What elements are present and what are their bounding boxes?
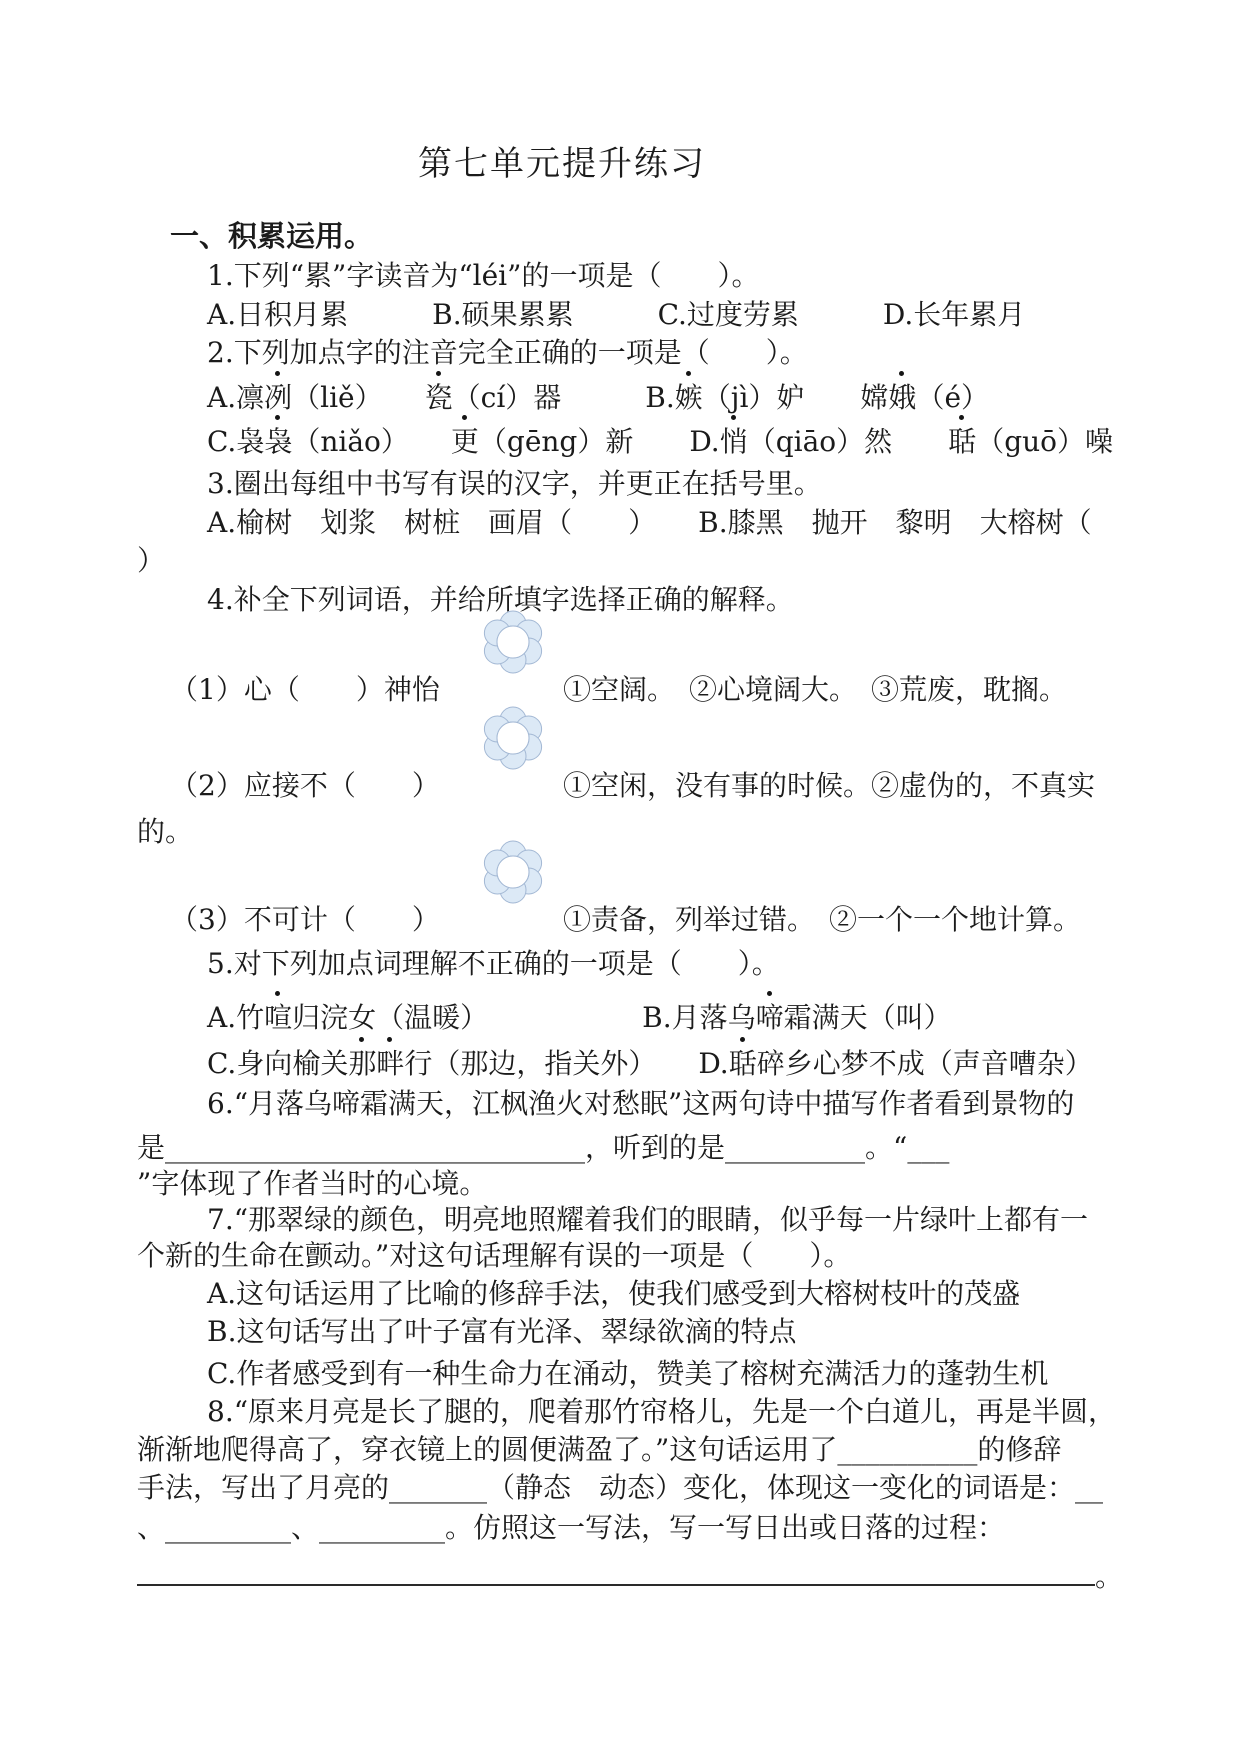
question-7: 7.“那翠绿的颜色，明亮地照耀着我们的眼睛，似乎每一片绿叶上都有一	[207, 1202, 1088, 1238]
question-7-continuation: 个新的生命在颤动。”对这句话理解有误的一项是（ ）。	[137, 1238, 851, 1274]
question-7-option-a: A.这句话运用了比喻的修辞手法，使我们感受到大榕树枝叶的茂盛	[207, 1276, 1020, 1312]
emphasis-dot-char: 瓷	[425, 380, 453, 416]
flower-center	[497, 856, 529, 888]
text-run: 霜满天（叫）	[784, 1001, 952, 1034]
question-7-option-b: B.这句话写出了叶子富有光泽、翠绿欲滴的特点	[207, 1314, 796, 1350]
emphasis-dot-char: 喧	[264, 1000, 292, 1036]
question-1: 1.下列“累”字读音为“léi”的一项是（ ）。	[207, 258, 759, 294]
question-2: 2.下列加点字的注音完全正确的一项是（ ）。	[207, 335, 808, 371]
emphasis-dot-char: 嫉	[675, 380, 703, 416]
question-4-item-1-choices: ①空阔。 ②心境阔大。 ③荒废，耽搁。	[563, 672, 1067, 708]
text-run: （é）	[916, 381, 989, 414]
question-2-options-ab: A.凛冽（liě） 瓷（cí）器 B.嫉（jì）妒 嫦娥（é）	[207, 380, 989, 416]
question-6-blanks: 是______________________________，听到的是____…	[137, 1130, 949, 1166]
answer-blank-rule	[137, 1556, 1095, 1586]
text-run: （qiāo）然	[748, 425, 948, 458]
question-8-line-4: 、_________、_________。仿照这一写法，写一写日出或日落的过程：	[137, 1510, 1005, 1546]
text-run: A.凛	[207, 381, 264, 414]
text-run: C.袅	[207, 425, 264, 458]
question-3: 3.圈出每组中书写有误的汉字，并更正在括号里。	[207, 466, 822, 502]
question-4-item-2-choices: ①空闲，没有事的时候。②虚伪的，不真实	[563, 768, 1095, 804]
text-run: （guō）噪	[976, 425, 1113, 458]
emphasis-dot-char: 更	[451, 424, 479, 460]
flower-callout-icon	[483, 704, 543, 774]
emphasis-dot-char: 冽	[264, 380, 292, 416]
emphasis-dot-char: 那	[348, 1046, 376, 1082]
question-4-item-3-choices: ①责备，列举过错。 ②一个一个地计算。	[563, 902, 1081, 938]
question-7-option-c: C.作者感受到有一种生命力在涌动，赞美了榕树充满活力的蓬勃生机	[207, 1356, 1048, 1392]
question-4-item-3-word: （3）不可计（ ）	[170, 902, 440, 938]
question-8: 8.“原来月亮是长了腿的，爬着那竹帘格儿，先是一个白道儿，再是半圆，	[207, 1394, 1116, 1430]
section-heading: 一、积累运用。	[170, 218, 373, 254]
flower-center	[497, 722, 529, 754]
worksheet-page: 第七单元提升练习 一、积累运用。1.下列“累”字读音为“léi”的一项是（ ）。…	[0, 0, 1241, 1754]
text-run: A.竹	[207, 1001, 264, 1034]
question-5-options-cd: C.身向榆关那畔行（那边，指关外） D.聒碎乡心梦不成（声音嘈杂）	[207, 1046, 1093, 1082]
text-run: （cí）器 B.	[453, 381, 675, 414]
question-3-continuation: ）	[137, 543, 165, 579]
question-3-options: A.榆树 划浆 树桩 画眉（ ） B.膝黑 抛开 黎明 大榕树（	[207, 505, 1092, 541]
emphasis-dot-char: 畔	[376, 1046, 404, 1082]
text-run: C.身向榆关	[207, 1047, 348, 1080]
text-run: 行（那边，指关外） D.	[404, 1047, 728, 1080]
page-title: 第七单元提升练习	[137, 146, 987, 182]
question-8-answer-line: 。	[137, 1556, 1123, 1595]
emphasis-dot-char: 袅	[264, 424, 292, 460]
question-4-item-2-word: （2）应接不（ ）	[170, 768, 440, 804]
emphasis-dot-char: 娥	[888, 380, 916, 416]
question-1-options: A.日积月累 B.硕果累累 C.过度劳累 D.长年累月	[207, 297, 1025, 333]
question-4-item-2-continuation: 的。	[137, 814, 193, 850]
text-run: （liě）	[292, 381, 424, 414]
emphasis-dot-char: 悄	[720, 424, 748, 460]
text-run: （jì）妒 嫦	[703, 381, 889, 414]
flower-callout-icon	[483, 608, 543, 678]
question-6-continuation: ”字体现了作者当时的心境。	[137, 1166, 487, 1202]
text-run: 归浣女（温暖） B.月落乌	[292, 1001, 755, 1034]
text-run: 。	[1095, 1560, 1123, 1593]
question-2-options-cd: C.袅袅（niǎo） 更（gēng）新 D.悄（qiāo）然 聒（guō）噪	[207, 424, 1113, 460]
text-run: （gēng）新 D.	[479, 425, 720, 458]
flower-center	[497, 626, 529, 658]
flower-callout-icon	[483, 838, 543, 908]
emphasis-dot-char: 啼	[756, 1000, 784, 1036]
question-8-line-3: 手法，写出了月亮的_______（静态 动态）变化，体现这一变化的词语是：__	[137, 1470, 1103, 1506]
emphasis-dot-char: 聒	[948, 424, 976, 460]
question-6: 6.“月落乌啼霜满天，江枫渔火对愁眠”这两句诗中描写作者看到景物的	[207, 1086, 1074, 1122]
question-5: 5.对下列加点词理解不正确的一项是（ ）。	[207, 946, 780, 982]
question-8-line-2: 渐渐地爬得高了，穿衣镜上的圆便满盈了。”这句话运用了__________的修辞	[137, 1432, 1061, 1468]
question-5-options-ab: A.竹喧归浣女（温暖） B.月落乌啼霜满天（叫）	[207, 1000, 952, 1036]
question-4-item-1-word: （1）心（ ）神怡	[170, 672, 440, 708]
text-run: 碎乡心梦不成（声音嘈杂）	[757, 1047, 1093, 1080]
text-run: （niǎo）	[292, 425, 451, 458]
emphasis-dot-char: 聒	[729, 1046, 757, 1082]
